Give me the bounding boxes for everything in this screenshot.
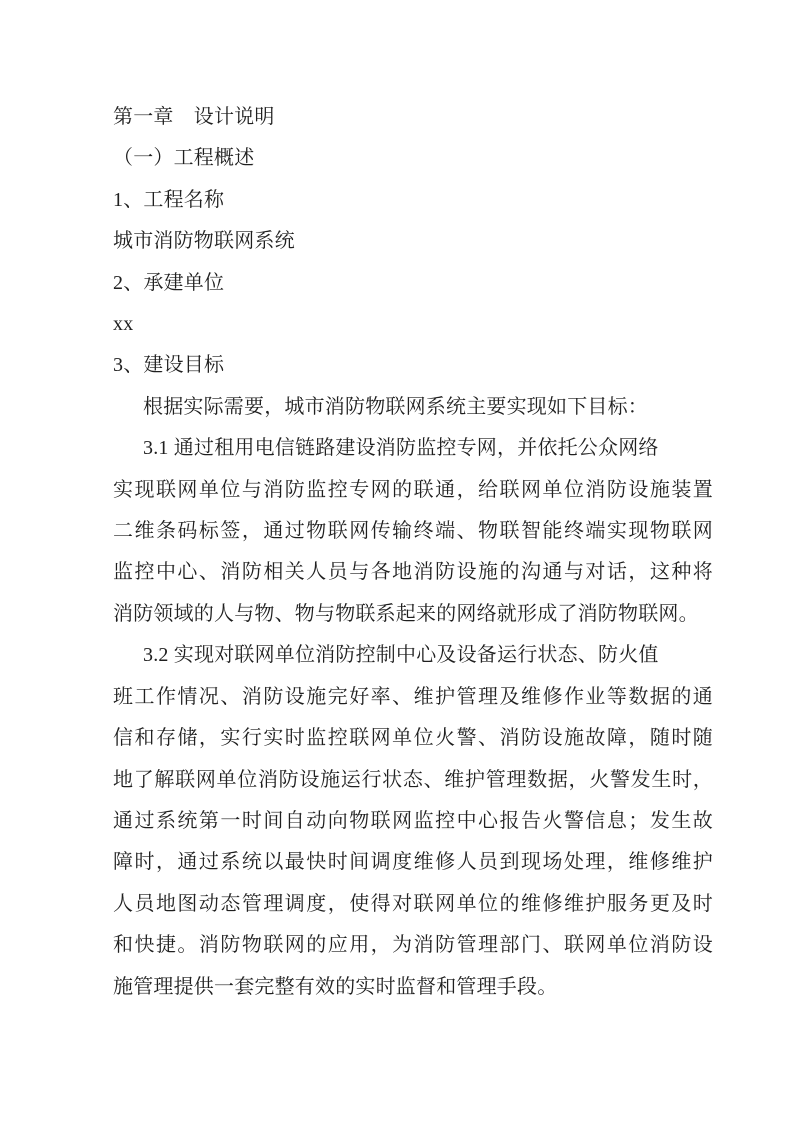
- document-page: 第一章 设计说明（一）工程概述1、工程名称城市消防物联网系统2、承建单位xx3、…: [0, 0, 793, 1122]
- text-line: 3.1 通过租用电信链路建设消防监控专网，并依托公众网络: [113, 428, 713, 469]
- heading-paragraph: 1、工程名称: [113, 180, 713, 221]
- text-line: 监控中心、消防相关人员与各地消防设施的沟通与对话，这种将: [113, 552, 713, 593]
- text-line: 信和存储，实行实时监控联网单位火警、消防设施故障，随时随: [113, 718, 713, 759]
- body-paragraph: 3.2 实现对联网单位消防控制中心及设备运行状态、防火值班工作情况、消防设施完好…: [113, 635, 713, 1008]
- text-line: 人员地图动态管理调度，使得对联网单位的维修维护服务更及时: [113, 884, 713, 925]
- text-line: xx: [113, 304, 713, 345]
- text-line: 根据实际需要，城市消防物联网系统主要实现如下目标：: [113, 387, 713, 428]
- body-paragraph: xx: [113, 304, 713, 345]
- text-line: 实现联网单位与消防监控专网的联通，给联网单位消防设施装置: [113, 470, 713, 511]
- body-paragraph: 3.1 通过租用电信链路建设消防监控专网，并依托公众网络实现联网单位与消防监控专…: [113, 428, 713, 635]
- text-line: 第一章 设计说明: [113, 97, 713, 138]
- heading-paragraph: （一）工程概述: [113, 138, 713, 179]
- text-line: 消防领域的人与物、物与物联系起来的网络就形成了消防物联网。: [113, 594, 713, 635]
- text-line: （一）工程概述: [113, 138, 713, 179]
- heading-paragraph: 3、建设目标: [113, 345, 713, 386]
- text-line: 障时，通过系统以最快时间调度维修人员到现场处理，维修维护: [113, 842, 713, 883]
- text-line: 和快捷。消防物联网的应用，为消防管理部门、联网单位消防设: [113, 925, 713, 966]
- document-body: 第一章 设计说明（一）工程概述1、工程名称城市消防物联网系统2、承建单位xx3、…: [113, 97, 713, 1008]
- text-line: 3.2 实现对联网单位消防控制中心及设备运行状态、防火值: [113, 635, 713, 676]
- text-line: 班工作情况、消防设施完好率、维护管理及维修作业等数据的通: [113, 677, 713, 718]
- text-line: 地了解联网单位消防设施运行状态、维护管理数据，火警发生时，: [113, 760, 713, 801]
- text-line: 1、工程名称: [113, 180, 713, 221]
- text-line: 二维条码标签，通过物联网传输终端、物联智能终端实现物联网: [113, 511, 713, 552]
- text-line: 通过系统第一时间自动向物联网监控中心报告火警信息；发生故: [113, 801, 713, 842]
- heading-paragraph: 第一章 设计说明: [113, 97, 713, 138]
- body-paragraph: 城市消防物联网系统: [113, 221, 713, 262]
- heading-paragraph: 2、承建单位: [113, 263, 713, 304]
- text-line: 城市消防物联网系统: [113, 221, 713, 262]
- body-paragraph: 根据实际需要，城市消防物联网系统主要实现如下目标：: [113, 387, 713, 428]
- text-line: 2、承建单位: [113, 263, 713, 304]
- text-line: 3、建设目标: [113, 345, 713, 386]
- text-line: 施管理提供一套完整有效的实时监督和管理手段。: [113, 967, 713, 1008]
